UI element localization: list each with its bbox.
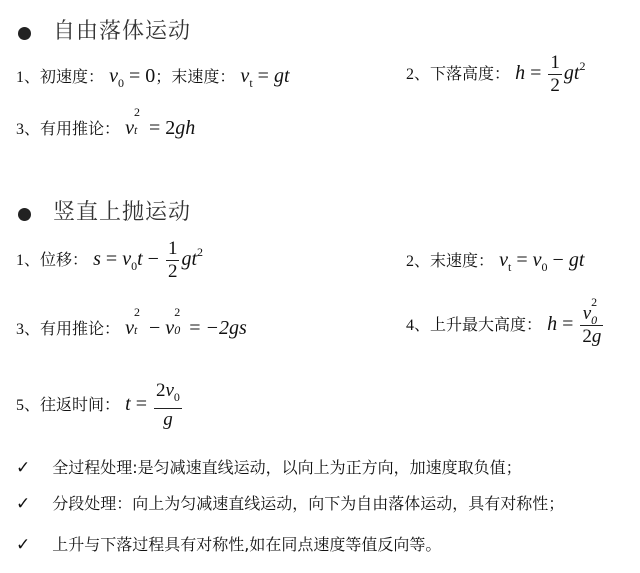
formula-vt-eq-gt: vt = gt bbox=[240, 65, 289, 87]
formula-vt2-minus-v02: v2t − v20 = −2gs bbox=[125, 317, 247, 339]
separator: ； bbox=[155, 69, 171, 86]
item-number: 2、 bbox=[406, 66, 430, 83]
formula-row-corollary-free-fall: 3、有用推论： v2t = 2gh bbox=[16, 116, 195, 140]
item-label: 末速度： bbox=[430, 253, 494, 270]
formula-row-displacement: 1、位移： s = v0t − 12gt2 bbox=[16, 238, 203, 283]
section-title: 竖直上抛运动 bbox=[53, 200, 191, 225]
formula-s: s = v0t − 12gt2 bbox=[93, 248, 203, 270]
formula-vt2-eq-2gh: v2t = 2gh bbox=[125, 117, 195, 139]
bullet-icon bbox=[18, 208, 31, 221]
formula-row-max-height: 4、上升最大高度： h = v202g bbox=[406, 303, 605, 348]
note-text: 分段处理：向上为匀减速直线运动，向下为自由落体运动，具有对称性； bbox=[52, 494, 564, 513]
item-label: 初速度： bbox=[40, 69, 104, 86]
section-heading-vertical-throw: 竖直上抛运动 bbox=[18, 195, 191, 226]
formula-row-initial-final-velocity: 1、初速度： v0 = 0；末速度： vt = gt bbox=[16, 64, 290, 91]
checkmark-icon: ✓ bbox=[16, 535, 30, 555]
checkmark-icon: ✓ bbox=[16, 494, 30, 514]
formula-v0-eq-0: v0 = 0 bbox=[109, 65, 155, 87]
item-number: 3、 bbox=[16, 321, 40, 338]
item-number: 3、 bbox=[16, 121, 40, 138]
item-label-2: 末速度： bbox=[171, 69, 235, 86]
bullet-icon bbox=[18, 27, 31, 40]
formula-row-round-trip-time: 5、往返时间： t = 2v0g bbox=[16, 380, 184, 431]
formula-row-final-velocity: 2、末速度： vt = v0 − gt bbox=[406, 248, 584, 275]
item-number: 4、 bbox=[406, 317, 430, 334]
note-item: ✓分段处理：向上为匀减速直线运动，向下为自由落体运动，具有对称性； bbox=[16, 491, 564, 514]
formula-vt-eq-v0-minus-gt: vt = v0 − gt bbox=[499, 249, 584, 271]
item-number: 1、 bbox=[16, 69, 40, 86]
formula-row-corollary-throw: 3、有用推论： v2t − v20 = −2gs bbox=[16, 316, 247, 340]
item-label: 上升最大高度： bbox=[430, 317, 542, 334]
formula-h-max: h = v202g bbox=[547, 313, 605, 335]
formula-row-fall-height: 2、下落高度： h = 12gt2 bbox=[406, 52, 585, 97]
item-label: 有用推论： bbox=[40, 321, 120, 338]
note-item: ✓全过程处理:是匀减速直线运动，以向上为正方向，加速度取负值； bbox=[16, 455, 522, 478]
item-label: 有用推论： bbox=[40, 121, 120, 138]
note-text: 全过程处理:是匀减速直线运动，以向上为正方向，加速度取负值； bbox=[52, 458, 521, 477]
item-label: 往返时间： bbox=[40, 397, 120, 414]
item-number: 1、 bbox=[16, 252, 40, 269]
checkmark-icon: ✓ bbox=[16, 458, 30, 478]
item-number: 2、 bbox=[406, 253, 430, 270]
formula-t-round-trip: t = 2v0g bbox=[125, 393, 184, 415]
section-title: 自由落体运动 bbox=[53, 19, 191, 44]
note-text: 上升与下落过程具有对称性,如在同点速度等值反向等。 bbox=[52, 535, 441, 554]
item-label: 位移： bbox=[40, 252, 88, 269]
note-item: ✓上升与下落过程具有对称性,如在同点速度等值反向等。 bbox=[16, 532, 441, 555]
formula-h-half-gt2: h = 12gt2 bbox=[515, 62, 585, 84]
item-number: 5、 bbox=[16, 397, 40, 414]
section-heading-free-fall: 自由落体运动 bbox=[18, 14, 191, 45]
item-label: 下落高度： bbox=[430, 66, 510, 83]
